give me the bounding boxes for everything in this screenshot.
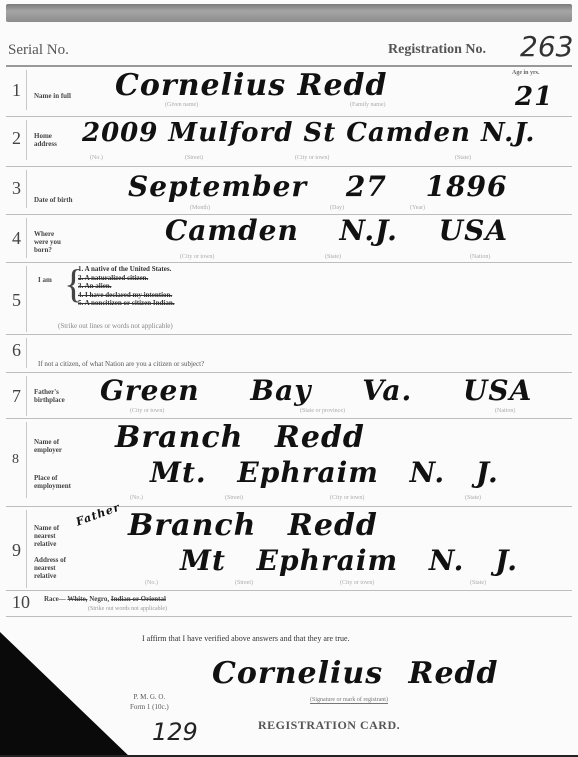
- card-title: REGISTRATION CARD.: [258, 718, 400, 733]
- relative-city-sub: (City or town): [340, 580, 374, 586]
- field-number-6: 6: [12, 340, 21, 361]
- citizenship-option-struck: 2. A naturalized citizen.: [78, 274, 175, 283]
- divider: [6, 334, 572, 335]
- birthplace-label: Where were you born?: [34, 230, 68, 254]
- employment-no-sub: (No.): [130, 495, 143, 501]
- row-bracket: [26, 70, 27, 110]
- employment-state-sub: (State): [465, 495, 481, 501]
- father-birthplace-label: Father's birthplace: [34, 388, 66, 404]
- relative-prefix: Father: [74, 500, 122, 528]
- relative-state-sub: (State): [470, 580, 486, 586]
- race-label: Race—: [44, 595, 66, 603]
- row-bracket: [26, 170, 27, 208]
- given-name-sub: (Given name): [165, 102, 198, 108]
- father-birthplace-value: Green Bay Va. USA: [100, 374, 532, 407]
- form-id-line1: P. M. G. O.: [130, 692, 169, 702]
- birth-nation-sub: (Nation): [470, 254, 490, 260]
- place-of-employment-value: Mt. Ephraim N. J.: [150, 456, 499, 489]
- field-number-8: 8: [12, 452, 19, 468]
- divider: [6, 372, 572, 373]
- field-number-1: 1: [12, 80, 21, 101]
- divider: [6, 65, 572, 67]
- birth-state-sub: (State): [325, 254, 341, 260]
- birth-date-value: September 27 1896: [128, 170, 508, 203]
- race-option: Negro,: [89, 595, 109, 603]
- affirmation-text: I affirm that I have verified above answ…: [142, 634, 350, 643]
- row-bracket: [26, 266, 27, 332]
- address-state-sub: (State): [455, 155, 471, 161]
- citizenship-option: 1. A native of the United States.: [78, 265, 175, 274]
- home-address-value: 2009 Mulford St Camden N.J.: [82, 118, 536, 148]
- race-note: (Strike out words not applicable): [88, 606, 167, 612]
- registrant-signature: Cornelius Redd: [212, 656, 499, 691]
- birthplace-value: Camden N.J. USA: [165, 214, 508, 247]
- address-no-sub: (No.): [90, 155, 103, 161]
- registration-label: Registration No.: [388, 42, 486, 58]
- relative-address-label: Address of nearest relative: [34, 556, 72, 580]
- address-street-sub: (Street): [185, 155, 203, 161]
- name-label: Name in full: [34, 92, 71, 100]
- employer-value: Branch Redd: [115, 420, 365, 455]
- row-bracket: [26, 422, 27, 498]
- father-state-sub: (State or province): [300, 408, 345, 414]
- i-am-label: I am: [38, 276, 52, 284]
- employment-city-sub: (City or town): [330, 495, 364, 501]
- family-name-sub: (Family name): [350, 102, 386, 108]
- nation-question: If not a citizen, of what Nation are you…: [38, 360, 204, 368]
- citizenship-options: 1. A native of the United States. 2. A n…: [78, 265, 175, 308]
- employer-label: Name of employer: [34, 438, 68, 454]
- divider: [6, 590, 572, 591]
- serial-label: Serial No.: [8, 42, 69, 59]
- full-name-value: Cornelius Redd: [115, 68, 388, 103]
- divider: [6, 616, 572, 617]
- form-id: P. M. G. O. Form 1 (10c.): [130, 692, 169, 712]
- strike-note: (Strike out lines or words not applicabl…: [58, 322, 173, 330]
- field-number-3: 3: [12, 178, 21, 199]
- birth-city-sub: (City or town): [180, 254, 214, 260]
- year-sub: (Year): [410, 205, 425, 211]
- stamp-number: 129: [152, 718, 198, 746]
- race-option-struck: White,: [67, 595, 87, 603]
- month-sub: (Month): [190, 205, 210, 211]
- divider: [6, 166, 572, 167]
- field-number-2: 2: [12, 128, 21, 149]
- scan-corner-shadow: [0, 632, 130, 757]
- home-address-label: Home address: [34, 132, 64, 148]
- field-number-7: 7: [12, 386, 21, 407]
- divider: [6, 418, 572, 419]
- citizenship-option-struck: 5. A noncitizen or citizen Indian.: [78, 299, 175, 308]
- row-bracket: [26, 120, 27, 160]
- signature-note: (Signature or mark of registrant): [310, 697, 388, 704]
- form-id-line2: Form 1 (10c.): [130, 702, 169, 712]
- nearest-relative-label: Name of nearest relative: [34, 524, 70, 548]
- divider: [6, 262, 572, 263]
- field-number-9: 9: [12, 540, 21, 561]
- place-of-employment-label: Place of employment: [34, 474, 70, 490]
- employment-street-sub: (Street): [225, 495, 243, 501]
- field-number-5: 5: [12, 290, 21, 311]
- citizenship-option-struck: 4. I have declared my intention.: [78, 291, 175, 300]
- address-city-sub: (City or town): [295, 155, 329, 161]
- day-sub: (Day): [330, 205, 344, 211]
- citizenship-option-struck: 3. An alien.: [78, 282, 175, 291]
- row-bracket: [26, 376, 27, 416]
- registration-number: 263: [520, 30, 573, 63]
- row-bracket: [26, 218, 27, 258]
- row-bracket: [26, 338, 27, 368]
- scan-top-edge: [6, 4, 572, 22]
- relative-address-value: Mt Ephraim N. J.: [180, 544, 518, 577]
- race-option-struck: Indian or Oriental: [111, 595, 166, 603]
- race-line: Race— White, Negro, Indian or Oriental: [44, 595, 166, 603]
- birth-date-label: Date of birth: [34, 196, 73, 204]
- divider: [6, 506, 572, 507]
- relative-street-sub: (Street): [235, 580, 253, 586]
- divider: [6, 116, 572, 117]
- row-bracket: [26, 510, 27, 588]
- father-city-sub: (City or town): [130, 408, 164, 414]
- relative-no-sub: (No.): [145, 580, 158, 586]
- father-nation-sub: (Nation): [495, 408, 515, 414]
- field-number-10: 10: [12, 592, 30, 613]
- field-number-4: 4: [12, 228, 21, 249]
- age-label: Age in yrs.: [512, 70, 540, 76]
- nearest-relative-value: Branch Redd: [128, 508, 378, 543]
- age-value: 21: [515, 82, 553, 112]
